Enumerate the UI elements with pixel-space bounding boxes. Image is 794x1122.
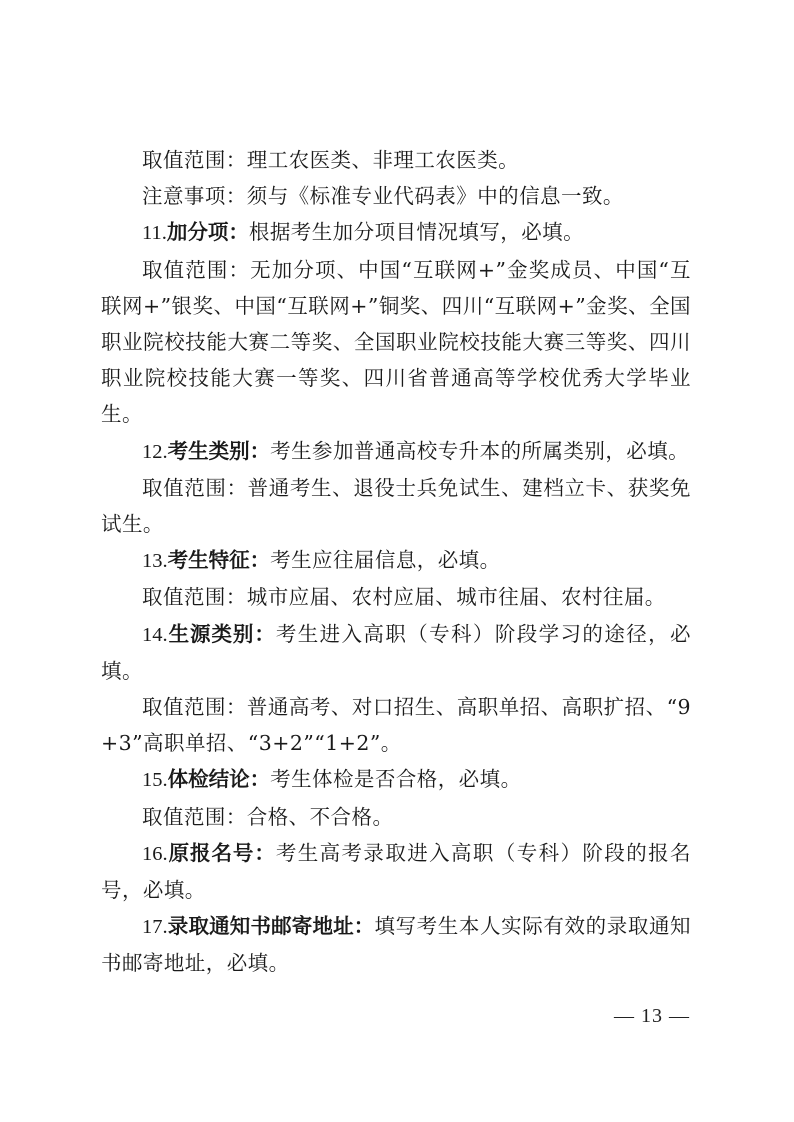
item-label: 12.考生类别： [142, 439, 270, 463]
item-description: 考生应往届信息，必填。 [270, 548, 500, 572]
item-label: 13.考生特征： [142, 548, 270, 572]
item-label: 14.生源类别： [142, 622, 276, 646]
item-15-medical-result: 15.体检结论：考生体检是否合格，必填。 [101, 761, 691, 798]
item-label: 16.原报名号： [142, 841, 276, 865]
paragraph-source-range: 取值范围：普通高考、对口招生、高职单招、高职扩招、“9+3”高职单招、“3+2”… [101, 689, 691, 761]
paragraph-medical-range: 取值范围：合格、不合格。 [101, 799, 691, 835]
item-12-candidate-category: 12.考生类别：考生参加普通高校专升本的所属类别，必填。 [101, 433, 691, 470]
item-description: 考生体检是否合格，必填。 [270, 767, 521, 791]
item-description: 考生参加普通高校专升本的所属类别，必填。 [270, 439, 689, 463]
item-label: 11.加分项： [142, 220, 249, 244]
item-11-bonus: 11.加分项：根据考生加分项目情况填写，必填。 [101, 214, 691, 251]
paragraph-category-range: 取值范围：普通考生、退役士兵免试生、建档立卡、获奖免试生。 [101, 470, 691, 542]
document-body: 取值范围：理工农医类、非理工农医类。 注意事项：须与《标准专业代码表》中的信息一… [101, 142, 691, 982]
item-17-mailing-address: 17.录取通知书邮寄地址：填写考生本人实际有效的录取通知书邮寄地址，必填。 [101, 908, 691, 981]
item-13-candidate-feature: 13.考生特征：考生应往届信息，必填。 [101, 542, 691, 579]
paragraph-feature-range: 取值范围：城市应届、农村应届、城市往届、农村往届。 [101, 579, 691, 615]
item-label: 17.录取通知书邮寄地址： [142, 914, 374, 938]
page-number: — 13 — [614, 1005, 690, 1028]
item-description: 根据考生加分项目情况填写，必填。 [249, 220, 584, 244]
paragraph-bonus-range: 取值范围：无加分项、中国“互联网+”金奖成员、中国“互联网+”银奖、中国“互联网… [101, 252, 691, 433]
paragraph-subject-note: 注意事项：须与《标准专业代码表》中的信息一致。 [101, 178, 691, 214]
item-16-original-registration-number: 16.原报名号：考生高考录取进入高职（专科）阶段的报名号，必填。 [101, 835, 691, 908]
item-14-source-category: 14.生源类别：考生进入高职（专科）阶段学习的途径，必填。 [101, 616, 691, 689]
paragraph-subject-range: 取值范围：理工农医类、非理工农医类。 [101, 142, 691, 178]
item-label: 15.体检结论： [142, 767, 270, 791]
